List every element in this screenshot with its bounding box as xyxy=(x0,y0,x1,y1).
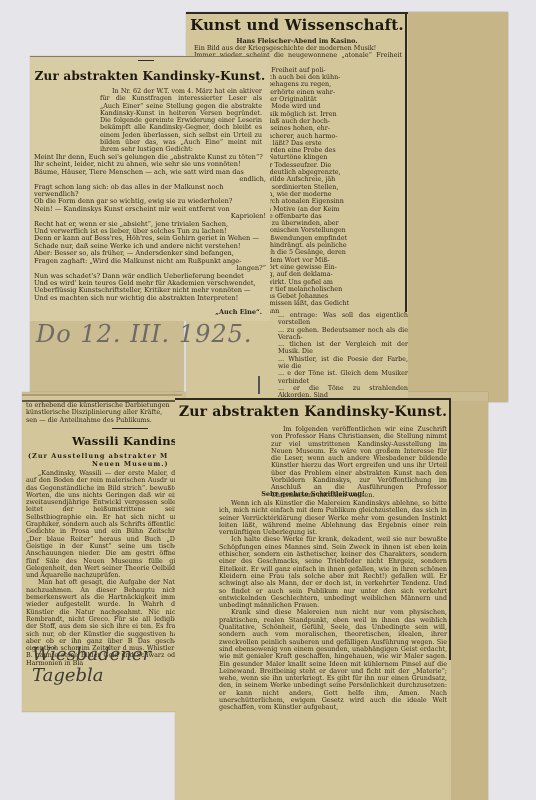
poem-line: Bäume, Häuser, Tiere Menschen — ach, wie… xyxy=(34,169,266,176)
article-title: Zur abstrakten Kandinsky-Kunst. xyxy=(30,69,270,83)
poem-line: Fragt schon lang sich: ob das alles in d… xyxy=(34,184,266,199)
article-title: Zur abstrakten Kandinsky-Kunst. xyxy=(175,404,451,420)
backing-sheet-right xyxy=(408,12,508,402)
divider xyxy=(112,428,148,429)
text-line-4: ... e der Töne ist. Gleich dem Musiker v… xyxy=(278,370,408,385)
article-subtitle-1: (Zur Ausstellung abstrakter M xyxy=(28,452,182,460)
clipping-poem: Zur abstrakten Kandinsky-Kunst. In Nr. 6… xyxy=(30,56,270,321)
top-rule xyxy=(186,12,408,14)
article-intro: Im folgenden veröffentlichen wir eine Zu… xyxy=(271,426,447,499)
clipping-wassili-kandinsky: to erhebend die künstlerische Darbietung… xyxy=(22,396,182,711)
text-line-1: ... zu gehen. Bedeutsamer noch als die V… xyxy=(278,327,408,342)
handwritten-date: Do 12. III. 1925. xyxy=(36,320,253,348)
article-continuation: ... entrage: Was soll das eigentlich vor… xyxy=(278,312,408,398)
text-line-5: ... er die Töne zu strahlenden Akkorden.… xyxy=(278,385,408,398)
fold-shadow xyxy=(22,394,182,396)
right-rule xyxy=(405,12,407,312)
paragraph-2: Krank sind diese Malereien nun nicht nur… xyxy=(219,609,447,711)
article-title: Kunst und Wissenschaft. xyxy=(186,16,408,34)
article-body: Wenn ich als Künstler die Malereien Kand… xyxy=(219,500,447,712)
paragraph-1: Ich halte diese Werke für krank, dekaden… xyxy=(219,536,447,609)
clipping-christiansen: Zur abstrakten Kandinsky-Kunst. Im folge… xyxy=(175,398,451,800)
top-rule xyxy=(30,56,270,57)
signature: „Auch Eine“. xyxy=(30,308,262,316)
pencil-mark xyxy=(258,376,260,394)
text-line-3: ... Whistler, ist die Poesie der Farbe, … xyxy=(278,356,408,371)
poem: Meint Ihr denn, Euch sei's gelungen die … xyxy=(34,154,266,302)
salutation: Sehr geehrte Schriftleitung! xyxy=(175,490,451,498)
article-body: „Kandinsky, Wassili — der erste Maler, d… xyxy=(26,470,182,667)
paragraph-0: Wenn ich als Künstler die Malereien Kand… xyxy=(219,500,447,536)
poem-line: Fragen zaghaft: „Wird die Malkunst nicht… xyxy=(34,258,266,265)
text-line-2: sen — die Anteilnahme des Publikums. xyxy=(26,417,180,424)
poem-line: Und es machten sich nur wichtig die abst… xyxy=(34,295,266,302)
text-line-2: ... tlichen ist der Vergleich mit der Mu… xyxy=(278,341,408,356)
paragraph-0: „Kandinsky, Wassili — der erste Maler, d… xyxy=(26,470,182,579)
right-rule xyxy=(449,398,451,660)
text-line-0: ... entrage: Was soll das eigentlich vor… xyxy=(278,312,408,327)
title-rule xyxy=(138,60,154,61)
backing-sheet-far-right xyxy=(448,402,488,800)
top-rule xyxy=(175,398,451,400)
fragment-top: to erhebend die künstlerische Darbietung… xyxy=(26,402,180,424)
article-title: Wassili Kandinsky xyxy=(72,434,182,448)
article-intro: In Nr. 62 der W.T. vom 4. März hat ein a… xyxy=(100,88,262,154)
handwritten-source: Wiesbadener Tagebla xyxy=(32,644,182,686)
article-subtitle-2: Neuen Museum.) xyxy=(92,460,169,468)
